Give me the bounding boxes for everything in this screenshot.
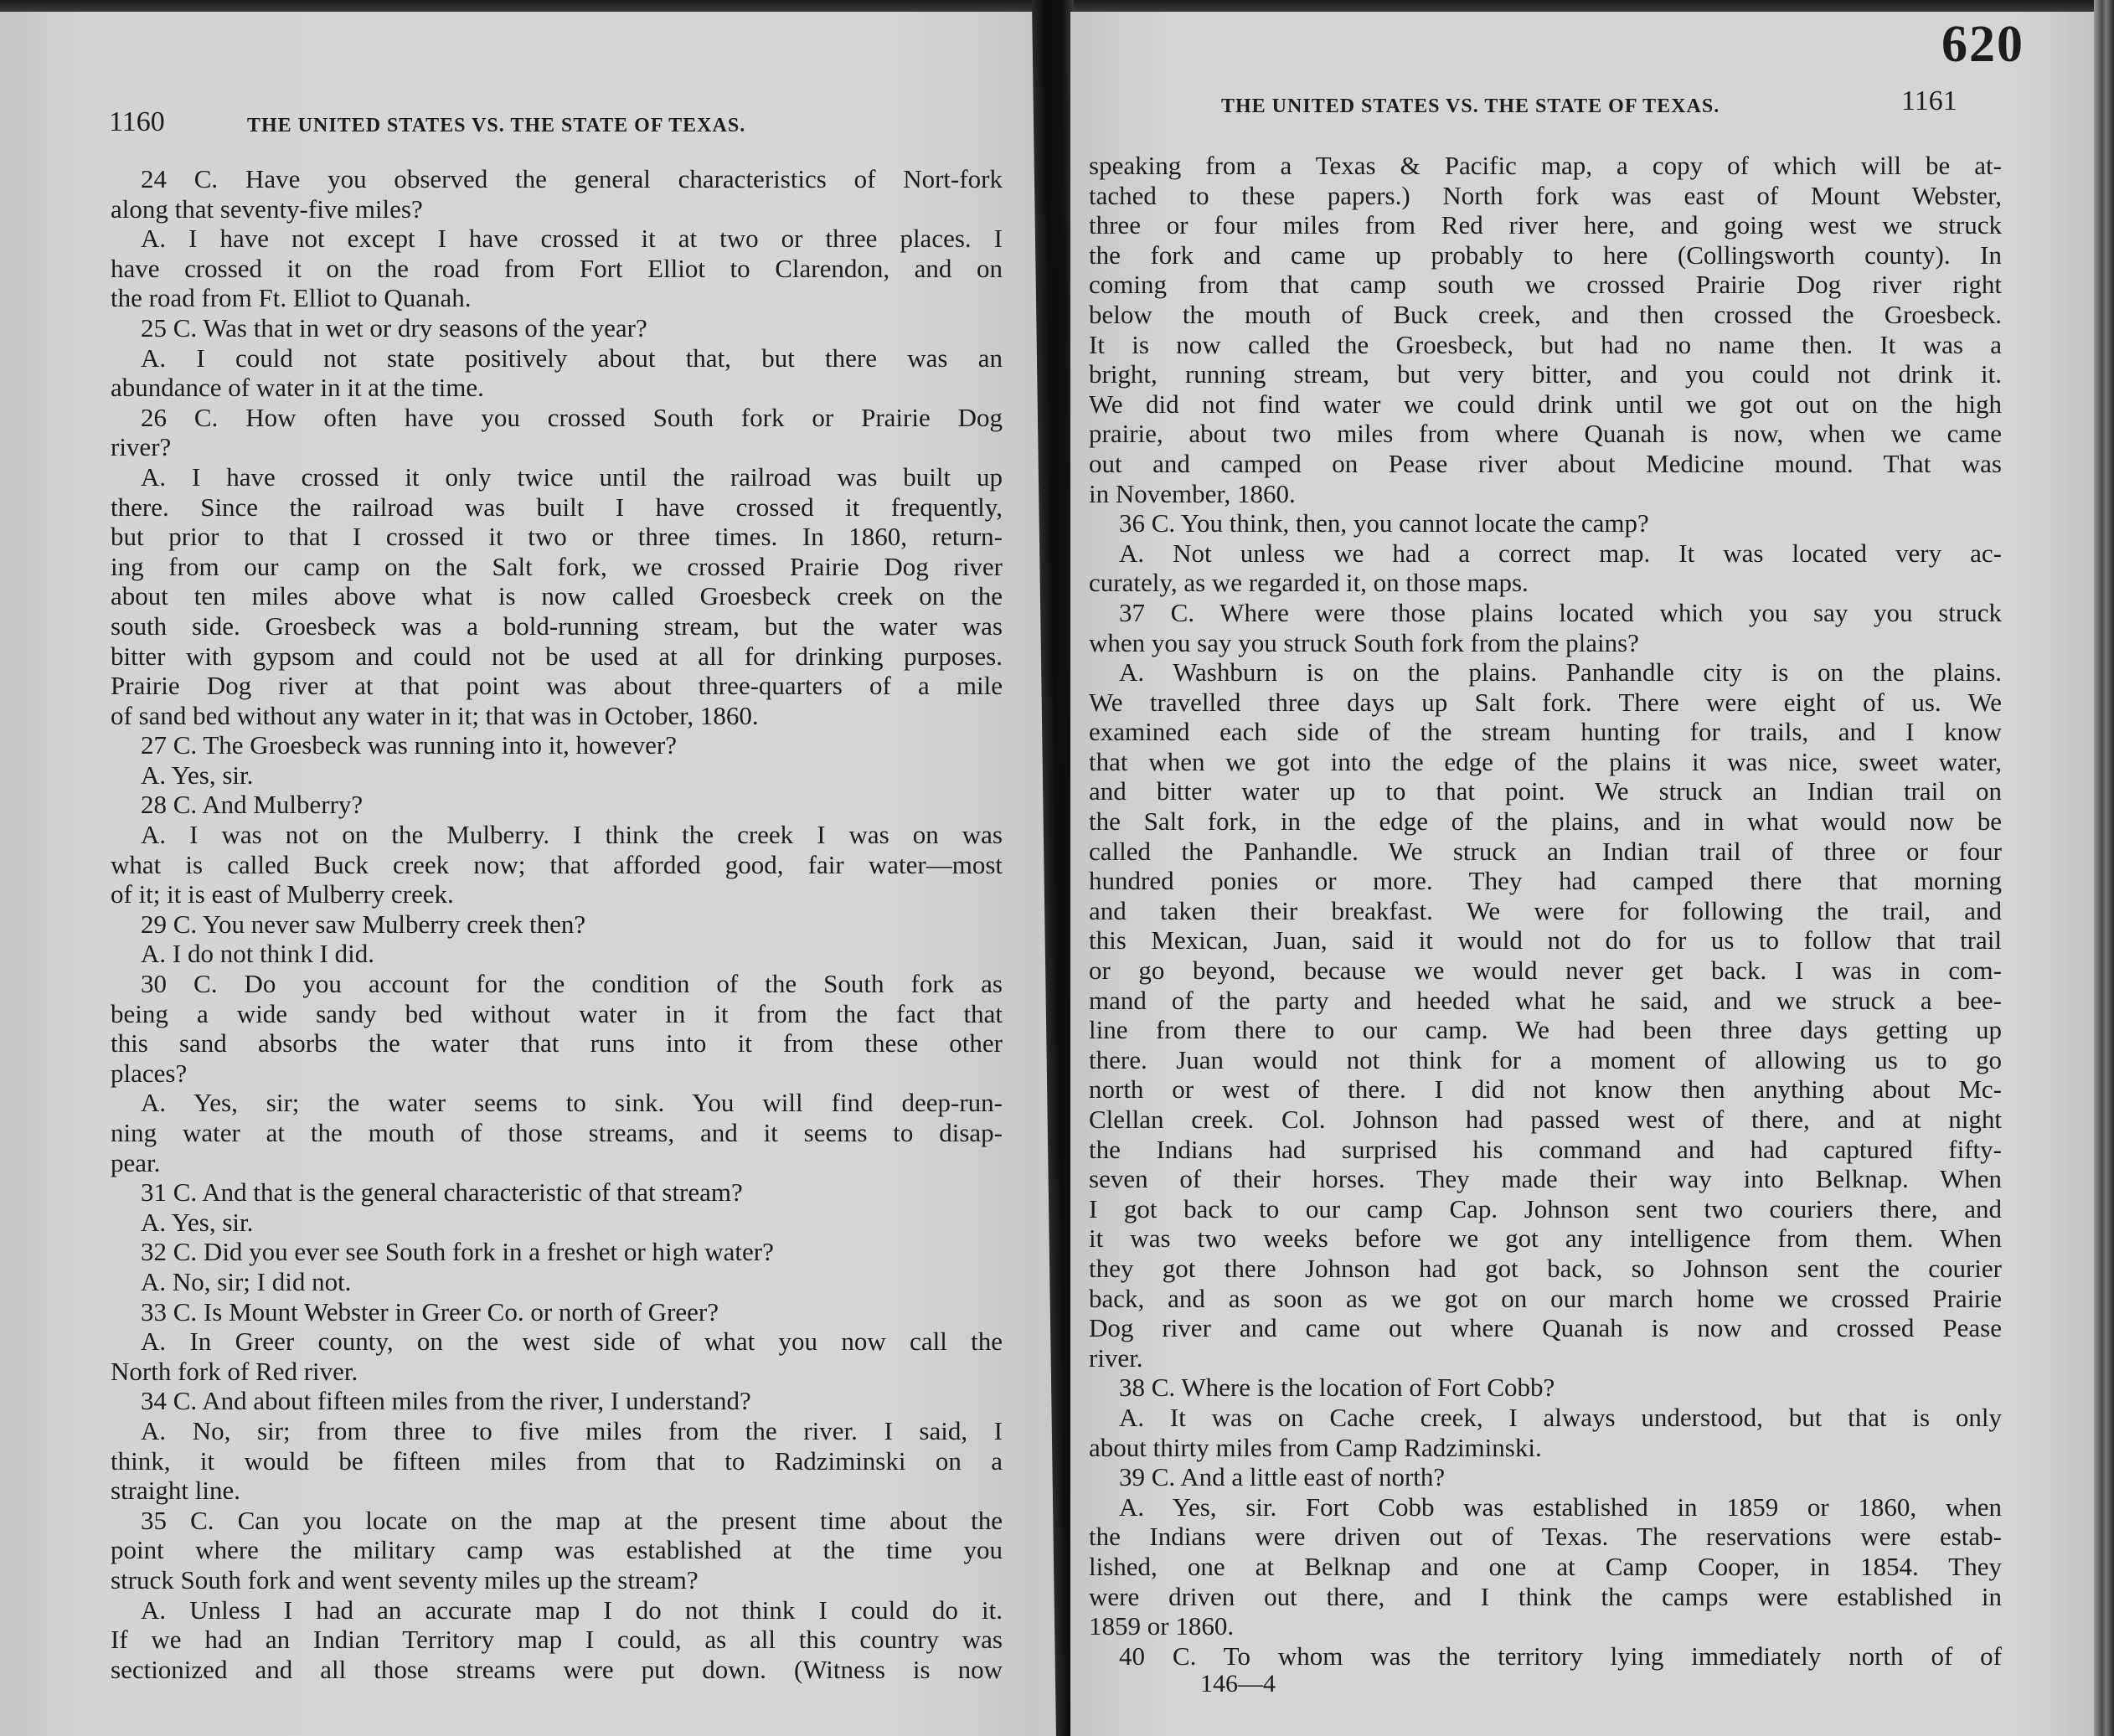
text-line: straight line.	[111, 1476, 1003, 1506]
text-line: 40 C. To whom was the territory lying im…	[1089, 1641, 2002, 1672]
text-line: A. I was not on the Mulberry. I think th…	[111, 820, 1003, 850]
text-line: the Indians had surprised his command an…	[1089, 1135, 2002, 1165]
text-line: A. Yes, sir.	[111, 1208, 1003, 1238]
text-line: We travelled three days up Salt fork. Th…	[1089, 688, 2002, 718]
text-line: A. I could not state positively about th…	[111, 343, 1003, 373]
text-line: 30 C. Do you account for the condition o…	[111, 969, 1003, 999]
text-line: abundance of water in it at the time.	[111, 373, 1003, 403]
text-line: A. Not unless we had a correct map. It w…	[1089, 538, 2002, 569]
text-line: about thirty miles from Camp Radziminski…	[1089, 1433, 2002, 1463]
text-line: 37 C. Where were those plains located wh…	[1089, 598, 2002, 628]
text-line: 26 C. How often have you crossed South f…	[111, 403, 1003, 433]
text-line: and bitter water up to that point. We st…	[1089, 776, 2002, 806]
text-line: 38 C. Where is the location of Fort Cobb…	[1089, 1373, 2002, 1403]
text-line: north or west of there. I did not know t…	[1089, 1074, 2002, 1105]
text-line: hundred ponies or more. They had camped …	[1089, 866, 2002, 896]
text-line: they got there Johnson had got back, so …	[1089, 1254, 2002, 1284]
right-page: 620 THE UNITED STATES VS. THE STATE OF T…	[1070, 12, 2097, 1736]
text-line: A. Washburn is on the plains. Panhandle …	[1089, 657, 2002, 688]
signature-mark: 146—4	[1200, 1670, 1276, 1698]
text-line: bright, running stream, but very bitter,…	[1089, 359, 2002, 389]
text-line: the Salt fork, in the edge of the plains…	[1089, 806, 2002, 837]
text-line: A. Yes, sir; the water seems to sink. Yo…	[111, 1088, 1003, 1118]
text-line: line from there to our camp. We had been…	[1089, 1015, 2002, 1045]
text-line: and taken their breakfast. We were for f…	[1089, 896, 2002, 926]
text-line: 34 C. And about fifteen miles from the r…	[111, 1386, 1003, 1416]
text-line: there. Since the railroad was built I ha…	[111, 492, 1003, 523]
text-line: what is called Buck creek now; that affo…	[111, 850, 1003, 880]
text-line: lished, one at Belknap and one at Camp C…	[1089, 1552, 2002, 1582]
text-line: sectionized and all those streams were p…	[111, 1655, 1003, 1685]
text-line: of it; it is east of Mulberry creek.	[111, 879, 1003, 909]
text-line: A. Yes, sir. Fort Cobb was established i…	[1089, 1492, 2002, 1522]
text-line: river.	[1089, 1343, 2002, 1373]
right-running-head: THE UNITED STATES VS. THE STATE OF TEXAS…	[1221, 95, 1799, 118]
stamp-number: 620	[1941, 15, 2024, 75]
text-line: 35 C. Can you locate on the map at the p…	[111, 1506, 1003, 1536]
text-line: A. I do not think I did.	[111, 939, 1003, 969]
text-line: of sand bed without any water in it; tha…	[111, 701, 1003, 731]
right-page-number: 1161	[1901, 85, 1957, 117]
left-running-head: THE UNITED STATES VS. THE STATE OF TEXAS…	[247, 115, 858, 137]
text-line: this Mexican, Juan, said it would not do…	[1089, 925, 2002, 956]
right-page-body: speaking from a Texas & Pacific map, a c…	[1089, 151, 2002, 1671]
text-line: the fork and came up probably to here (C…	[1089, 240, 2002, 270]
text-line: A. It was on Cache creek, I always under…	[1089, 1403, 2002, 1433]
text-line: curately, as we regarded it, on those ma…	[1089, 568, 2002, 598]
text-line: seven of their horses. They made their w…	[1089, 1164, 2002, 1194]
text-line: A. I have not except I have crossed it a…	[111, 224, 1003, 254]
text-line: out and camped on Pease river about Medi…	[1089, 449, 2002, 479]
text-line: being a wide sandy bed without water in …	[111, 999, 1003, 1029]
text-line: point where the military camp was establ…	[111, 1535, 1003, 1565]
text-line: It is now called the Groesbeck, but had …	[1089, 330, 2002, 360]
text-line: along that seventy-five miles?	[111, 194, 1003, 224]
left-page-body: 24 C. Have you observed the general char…	[111, 164, 1003, 1684]
text-line: Dog river and came out where Quanah is n…	[1089, 1313, 2002, 1343]
text-line: prairie, about two miles from where Quan…	[1089, 419, 2002, 449]
text-line: A. No, sir; I did not.	[111, 1267, 1003, 1297]
book-right-edge	[2094, 0, 2114, 1736]
text-line: tached to these papers.) North fork was …	[1089, 181, 2002, 211]
text-line: A. Unless I had an accurate map I do not…	[111, 1595, 1003, 1625]
text-line: speaking from a Texas & Pacific map, a c…	[1089, 151, 2002, 181]
text-line: when you say you struck South fork from …	[1089, 628, 2002, 658]
text-line: struck South fork and went seventy miles…	[111, 1565, 1003, 1595]
text-line: bitter with gypsom and could not be used…	[111, 641, 1003, 672]
text-line: I got back to our camp Cap. Johnson sent…	[1089, 1194, 2002, 1224]
text-line: but prior to that I crossed it two or th…	[111, 522, 1003, 552]
text-line: North fork of Red river.	[111, 1357, 1003, 1387]
text-line: or go beyond, because we would never get…	[1089, 956, 2002, 986]
text-line: there. Juan would not think for a moment…	[1089, 1045, 2002, 1075]
text-line: south side. Groesbeck was a bold-running…	[111, 611, 1003, 641]
text-line: the Indians were driven out of Texas. Th…	[1089, 1522, 2002, 1552]
text-line: 32 C. Did you ever see South fork in a f…	[111, 1237, 1003, 1267]
text-line: that when we got into the edge of the pl…	[1089, 747, 2002, 777]
text-line: mand of the party and heeded what he sai…	[1089, 986, 2002, 1016]
text-line: in November, 1860.	[1089, 479, 2002, 509]
text-line: it was two weeks before we got any intel…	[1089, 1223, 2002, 1254]
text-line: coming from that camp south we crossed P…	[1089, 270, 2002, 300]
text-line: 24 C. Have you observed the general char…	[111, 164, 1003, 194]
text-line: ing from our camp on the Salt fork, we c…	[111, 552, 1003, 582]
text-line: back, and as soon as we got on our march…	[1089, 1284, 2002, 1314]
text-line: think, it would be fifteen miles from th…	[111, 1446, 1003, 1476]
text-line: have crossed it on the road from Fort El…	[111, 254, 1003, 284]
text-line: the road from Ft. Elliot to Quanah.	[111, 283, 1003, 313]
text-line: examined each side of the stream hunting…	[1089, 717, 2002, 747]
text-line: A. No, sir; from three to five miles fro…	[111, 1416, 1003, 1446]
text-line: below the mouth of Buck creek, and then …	[1089, 300, 2002, 330]
text-line: 29 C. You never saw Mulberry creek then?	[111, 909, 1003, 940]
text-line: 25 C. Was that in wet or dry seasons of …	[111, 313, 1003, 343]
text-line: If we had an Indian Territory map I coul…	[111, 1625, 1003, 1655]
text-line: A. Yes, sir.	[111, 760, 1003, 791]
text-line: 33 C. Is Mount Webster in Greer Co. or n…	[111, 1297, 1003, 1327]
text-line: Clellan creek. Col. Johnson had passed w…	[1089, 1105, 2002, 1135]
text-line: 39 C. And a little east of north?	[1089, 1462, 2002, 1492]
text-line: were driven out there, and I think the c…	[1089, 1582, 2002, 1612]
text-line: 31 C. And that is the general characteri…	[111, 1177, 1003, 1208]
text-line: Prairie Dog river at that point was abou…	[111, 671, 1003, 701]
text-line: about ten miles above what is now called…	[111, 581, 1003, 611]
text-line: this sand absorbs the water that runs in…	[111, 1028, 1003, 1059]
text-line: We did not find water we could drink unt…	[1089, 389, 2002, 420]
text-line: pear.	[111, 1148, 1003, 1178]
text-line: river?	[111, 432, 1003, 462]
text-line: A. I have crossed it only twice until th…	[111, 462, 1003, 492]
text-line: 36 C. You think, then, you cannot locate…	[1089, 508, 2002, 538]
text-line: called the Panhandle. We struck an India…	[1089, 837, 2002, 867]
text-line: ning water at the mouth of those streams…	[111, 1118, 1003, 1148]
text-line: 1859 or 1860.	[1089, 1611, 2002, 1641]
text-line: 27 C. The Groesbeck was running into it,…	[111, 730, 1003, 760]
left-page: 1160 THE UNITED STATES VS. THE STATE OF …	[0, 12, 1034, 1736]
text-line: A. In Greer county, on the west side of …	[111, 1326, 1003, 1357]
left-page-number: 1160	[109, 106, 165, 138]
text-line: 28 C. And Mulberry?	[111, 790, 1003, 820]
text-line: three or four miles from Red river here,…	[1089, 210, 2002, 240]
text-line: places?	[111, 1059, 1003, 1089]
